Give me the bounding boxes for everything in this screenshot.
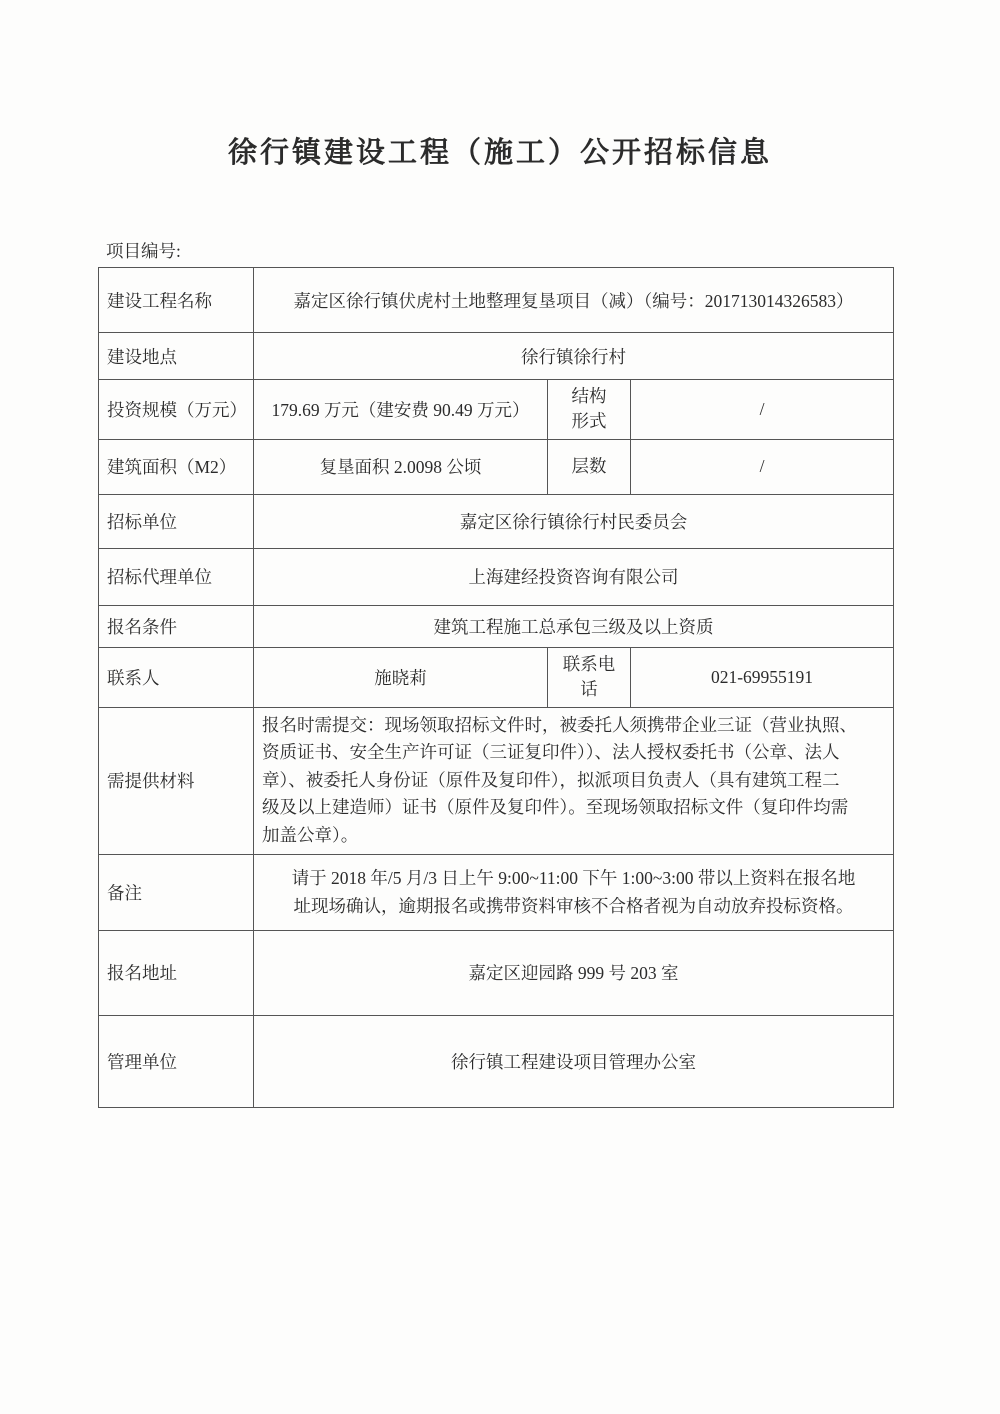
project-number-label: 项目编号: [106,238,1000,263]
table-row: 报名条件建筑工程施工总承包三级及以上资质 [99,605,894,647]
row-label-cell: 建筑面积（M2） [99,439,254,494]
table-row: 建筑面积（M2）复垦面积 2.0098 公顷层数/ [99,439,894,494]
scanned-document-page: 徐行镇建设工程（施工）公开招标信息 项目编号: 建设工程名称嘉定区徐行镇伏虎村土… [0,0,1000,1414]
row-label-cell: 联系人 [99,647,254,707]
table-row: 备注请于 2018 年/5 月/3 日上午 9:00~11:00 下午 1:00… [99,854,894,930]
row-label-cell: 建设地点 [99,333,254,380]
tender-info-table-body: 建设工程名称嘉定区徐行镇伏虎村土地整理复垦项目（减）（编号：2017130143… [99,268,894,1108]
row-label-cell: 招标单位 [99,494,254,548]
document-title: 徐行镇建设工程（施工）公开招标信息 [0,0,1000,172]
row-value-cell: 请于 2018 年/5 月/3 日上午 9:00~11:00 下午 1:00~3… [254,854,894,930]
row-value-cell: 报名时需提交：现场领取招标文件时，被委托人须携带企业三证（营业执照、 资质证书、… [254,707,894,854]
row-value-cell: 徐行镇徐行村 [254,333,894,380]
row-value-cell: 徐行镇工程建设项目管理办公室 [254,1015,894,1107]
row-sub-value-cell: / [631,439,894,494]
row-value-cell: 179.69 万元（建安费 90.49 万元） [254,380,548,440]
row-sub-label-cell: 层数 [548,439,631,494]
row-sub-value-cell: / [631,380,894,440]
tender-info-table: 建设工程名称嘉定区徐行镇伏虎村土地整理复垦项目（减）（编号：2017130143… [98,267,894,1108]
row-label-cell: 报名条件 [99,605,254,647]
row-label-cell: 建设工程名称 [99,268,254,333]
row-value-cell: 复垦面积 2.0098 公顷 [254,439,548,494]
table-row: 报名地址嘉定区迎园路 999 号 203 室 [99,930,894,1015]
row-value-cell: 嘉定区徐行镇伏虎村土地整理复垦项目（减）（编号：201713014326583） [254,268,894,333]
table-row: 投资规模（万元）179.69 万元（建安费 90.49 万元）结构 形式/ [99,380,894,440]
row-label-cell: 招标代理单位 [99,548,254,605]
table-row: 招标代理单位上海建经投资咨询有限公司 [99,548,894,605]
row-label-cell: 备注 [99,854,254,930]
row-value-cell: 施晓莉 [254,647,548,707]
row-value-cell: 嘉定区徐行镇徐行村民委员会 [254,494,894,548]
row-sub-value-cell: 021-69955191 [631,647,894,707]
table-row: 管理单位徐行镇工程建设项目管理办公室 [99,1015,894,1107]
table-row: 建设地点徐行镇徐行村 [99,333,894,380]
row-value-cell: 嘉定区迎园路 999 号 203 室 [254,930,894,1015]
row-label-cell: 投资规模（万元） [99,380,254,440]
table-row: 建设工程名称嘉定区徐行镇伏虎村土地整理复垦项目（减）（编号：2017130143… [99,268,894,333]
row-sub-label-cell: 结构 形式 [548,380,631,440]
row-value-cell: 上海建经投资咨询有限公司 [254,548,894,605]
row-label-cell: 管理单位 [99,1015,254,1107]
table-row: 招标单位嘉定区徐行镇徐行村民委员会 [99,494,894,548]
row-label-cell: 需提供材料 [99,707,254,854]
table-row: 需提供材料报名时需提交：现场领取招标文件时，被委托人须携带企业三证（营业执照、 … [99,707,894,854]
row-sub-label-cell: 联系电 话 [548,647,631,707]
row-label-cell: 报名地址 [99,930,254,1015]
table-row: 联系人施晓莉联系电 话021-69955191 [99,647,894,707]
row-value-cell: 建筑工程施工总承包三级及以上资质 [254,605,894,647]
